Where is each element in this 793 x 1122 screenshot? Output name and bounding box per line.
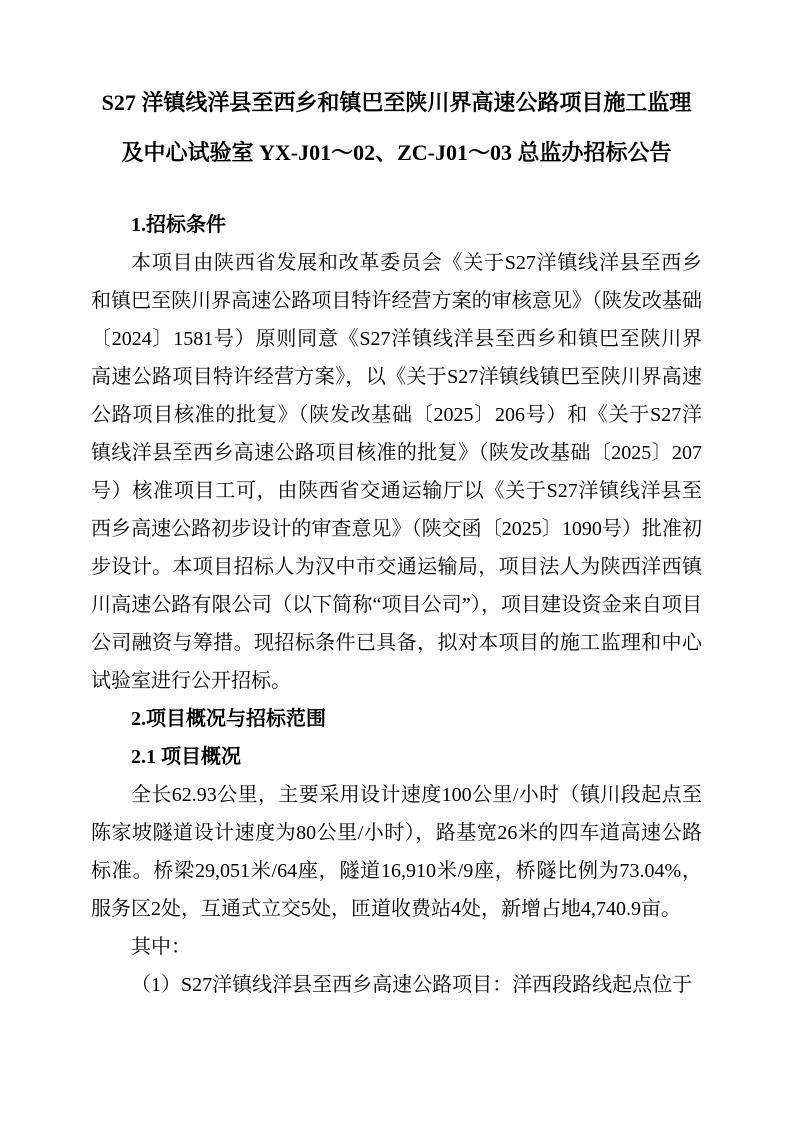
section-heading-project-overview-and-scope: 2.项目概况与招标范围: [91, 700, 702, 738]
document-page: S27 洋镇线洋县至西乡和镇巴至陕川界高速公路项目施工监理及中心试验室 YX-J…: [0, 0, 793, 1122]
paragraph-among-which: 其中：: [91, 928, 702, 966]
paragraph-bidding-conditions: 本项目由陕西省发展和改革委员会《关于S27洋镇线洋县至西乡和镇巴至陕川界高速公路…: [91, 244, 702, 700]
section-heading-bidding-conditions: 1.招标条件: [91, 206, 702, 244]
section-heading-project-overview: 2.1 项目概况: [91, 738, 702, 776]
document-title: S27 洋镇线洋县至西乡和镇巴至陕川界高速公路项目施工监理及中心试验室 YX-J…: [91, 78, 702, 178]
paragraph-project-stats: 全长62.93公里，主要采用设计速度100公里/小时（镇川段起点至陈家坡隧道设计…: [91, 776, 702, 928]
paragraph-subproject-1: （1）S27洋镇线洋县至西乡高速公路项目：洋西段路线起点位于: [91, 966, 702, 1004]
